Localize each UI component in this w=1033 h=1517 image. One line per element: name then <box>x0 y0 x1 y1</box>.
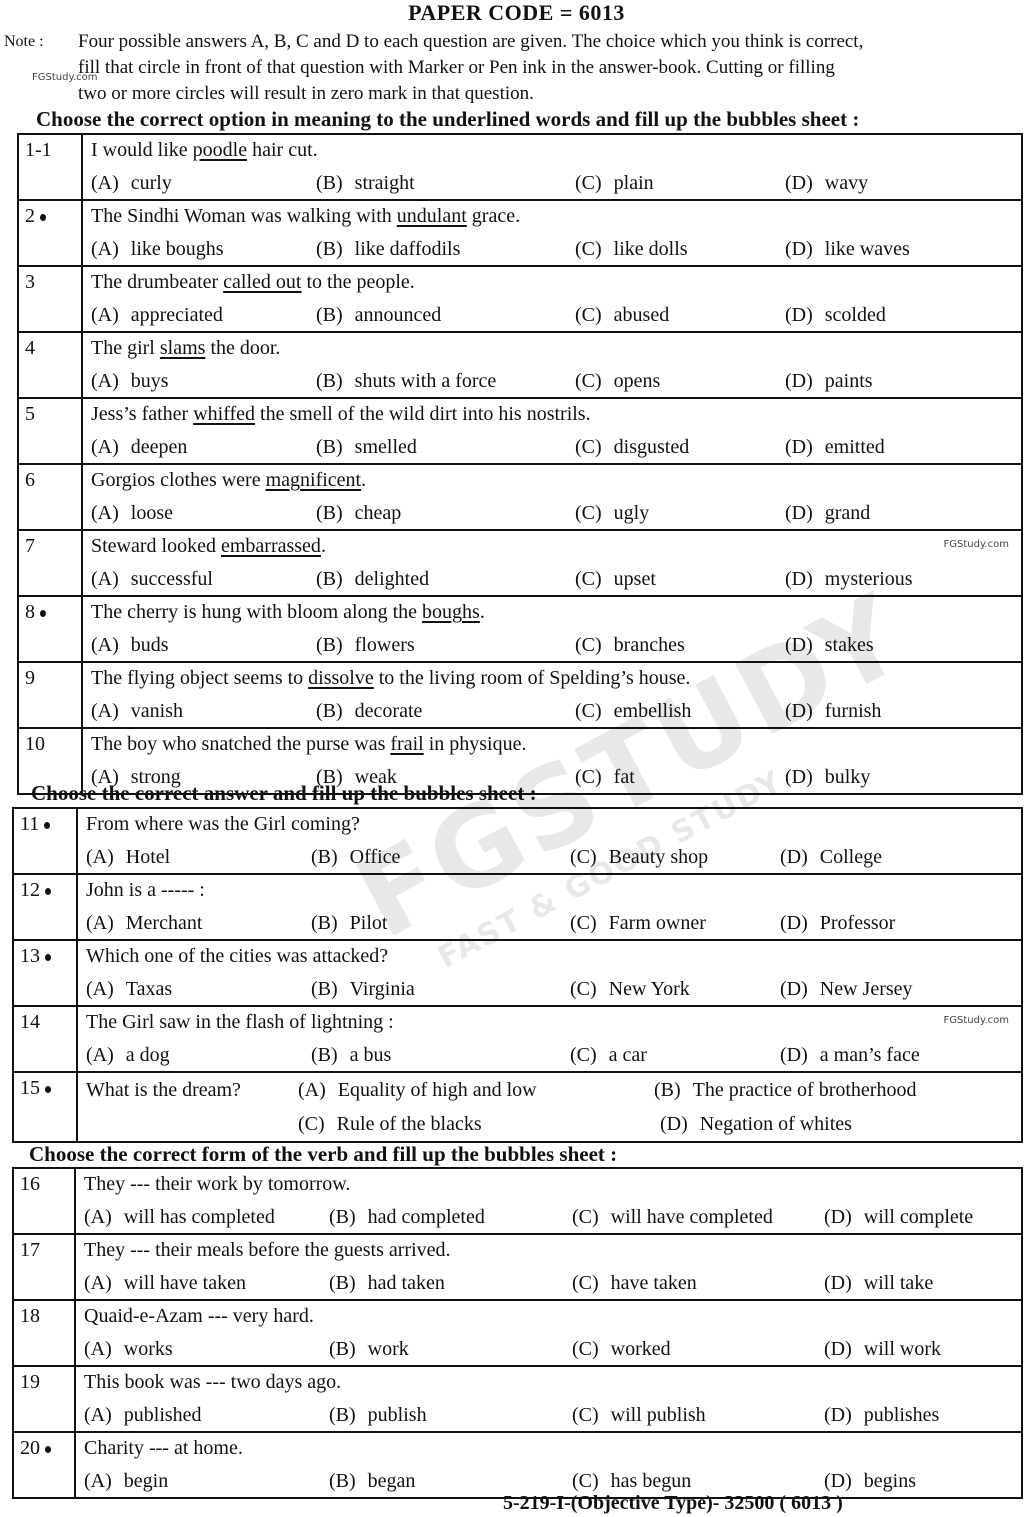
option-letter: (B) <box>329 1404 356 1426</box>
underlined-word: whiffed <box>193 403 255 425</box>
question-number-text: 1-1 <box>25 139 52 161</box>
option-text: Office <box>350 846 401 868</box>
option-text: Pilot <box>350 912 388 934</box>
option-b: (B)had taken <box>329 1267 445 1299</box>
option-text: publish <box>368 1404 427 1426</box>
question-row: 18Quaid-e-Azam --- very hard.(A)works(B)… <box>13 1300 1022 1366</box>
bullet-mark-icon <box>44 822 50 829</box>
option-b: (B)announced <box>316 299 441 331</box>
note-line-1: Four possible answers A, B, C and D to e… <box>78 29 1029 55</box>
question-number-text: 19 <box>20 1371 40 1393</box>
option-text: upset <box>614 568 656 590</box>
option-text: buds <box>131 634 169 656</box>
underlined-word: slams <box>160 337 206 359</box>
option-letter: (A) <box>298 1079 326 1101</box>
question-stem: Jess’s father whiffed the smell of the w… <box>91 399 1013 431</box>
option-letter: (D) <box>785 238 813 260</box>
option-letter: (C) <box>575 436 602 458</box>
stem-text: to the people. <box>301 271 414 293</box>
option-text: scolded <box>825 304 886 326</box>
option-letter: (D) <box>780 1044 808 1066</box>
options-row: (A)published(B)publish(C)will publish(D)… <box>84 1399 1013 1431</box>
question-content: Quaid-e-Azam --- very hard.(A)works(B)wo… <box>75 1300 1022 1366</box>
question-number: 2 <box>18 200 82 266</box>
note-line-3: two or more circles will result in zero … <box>78 81 1029 107</box>
option-letter: (D) <box>785 766 813 788</box>
option-d: (D)College <box>780 841 882 873</box>
option-a: (A)successful <box>91 563 213 595</box>
question-content: I would like poodle hair cut.(A)curly(B)… <box>82 134 1022 200</box>
option-text: work <box>368 1338 409 1360</box>
stem-text: Charity --- at home. <box>84 1437 243 1459</box>
question-number: 1-1 <box>18 134 82 200</box>
option-c: (C)ugly <box>575 497 649 529</box>
option-letter: (A) <box>84 1470 112 1492</box>
option-b: (B)work <box>329 1333 409 1365</box>
option-b: (B)a bus <box>311 1039 391 1071</box>
option-text: Negation of whites <box>700 1113 852 1135</box>
option-text: Professor <box>820 912 896 934</box>
option-text: embellish <box>614 700 692 722</box>
option-c: (C)Farm owner <box>570 907 706 939</box>
option-text: Equality of high and low <box>338 1079 537 1101</box>
question-row: 13Which one of the cities was attacked?(… <box>13 940 1022 1006</box>
option-text: a car <box>609 1044 647 1066</box>
option-text: began <box>368 1470 416 1492</box>
options-row: (A)Hotel(B)Office(C)Beauty shop(D)Colleg… <box>86 841 1013 873</box>
underlined-word: called out <box>223 271 301 293</box>
option-a: (A)curly <box>91 167 172 199</box>
option-a: (A)begin <box>84 1465 168 1497</box>
question-content: Charity --- at home.(A)begin(B)began(C)h… <box>75 1432 1022 1498</box>
option-c: (C)disgusted <box>575 431 689 463</box>
option-text: announced <box>355 304 442 326</box>
option-d: (D)wavy <box>785 167 868 199</box>
option-a: (A)like boughs <box>91 233 224 265</box>
option-letter: (B) <box>311 978 338 1000</box>
option-letter: (C) <box>570 978 597 1000</box>
option-letter: (B) <box>311 912 338 934</box>
option-text: plain <box>614 172 654 194</box>
option-d: (D)emitted <box>785 431 885 463</box>
option-text: ugly <box>614 502 650 524</box>
stem-text: Steward looked <box>91 535 221 557</box>
option-letter: (C) <box>572 1206 599 1228</box>
option-text: worked <box>611 1338 671 1360</box>
option-letter: (B) <box>329 1272 356 1294</box>
site-watermark: FGStudy.com <box>944 539 1009 550</box>
option-letter: (C) <box>575 568 602 590</box>
question-stem: Steward looked embarrassed. <box>91 531 1013 563</box>
option-d: (D)New Jersey <box>780 973 913 1005</box>
option-letter: (B) <box>316 634 343 656</box>
question-number-text: 17 <box>20 1239 40 1261</box>
option-letter: (B) <box>311 846 338 868</box>
question-content: The girl slams the door.(A)buys(B)shuts … <box>82 332 1022 398</box>
stem-text: This book was --- two days ago. <box>84 1371 341 1393</box>
option-letter: (C) <box>572 1272 599 1294</box>
question-row: 1-1I would like poodle hair cut.(A)curly… <box>18 134 1022 200</box>
question-row: 16They --- their work by tomorrow.(A)wil… <box>13 1168 1022 1234</box>
question-number: 7 <box>18 530 82 596</box>
option-d: (D)furnish <box>785 695 881 727</box>
option-text: branches <box>614 634 685 656</box>
option-b: (B)delighted <box>316 563 429 595</box>
option-text: successful <box>131 568 213 590</box>
option-letter: (B) <box>329 1206 356 1228</box>
option-letter: (B) <box>316 370 343 392</box>
option-text: Farm owner <box>609 912 706 934</box>
stem-text: They --- their work by tomorrow. <box>84 1173 350 1195</box>
question-number: 12 <box>13 874 77 940</box>
question-number-text: 3 <box>25 271 35 293</box>
option-text: New Jersey <box>820 978 913 1000</box>
option-text: The practice of brotherhood <box>693 1079 917 1101</box>
option-text: stakes <box>825 634 874 656</box>
question-content: What is the dream?(A)Equality of high an… <box>77 1072 1022 1142</box>
option-text: begins <box>864 1470 916 1492</box>
question-row: 6Gorgios clothes were magnificent.(A)loo… <box>18 464 1022 530</box>
question-row: 15What is the dream?(A)Equality of high … <box>13 1072 1022 1142</box>
question-content: Jess’s father whiffed the smell of the w… <box>82 398 1022 464</box>
option-letter: (A) <box>86 1044 114 1066</box>
question-stem: John is a ----- : <box>86 875 1013 907</box>
option-letter: (D) <box>785 172 813 194</box>
stem-text: . <box>480 601 485 623</box>
underlined-word: frail <box>390 733 423 755</box>
option-d: (D)mysterious <box>785 563 913 595</box>
option-text: vanish <box>131 700 183 722</box>
option-letter: (C) <box>572 1404 599 1426</box>
option-letter: (A) <box>91 370 119 392</box>
options-row: (A)appreciated(B)announced(C)abused(D)sc… <box>91 299 1013 331</box>
option-text: emitted <box>825 436 885 458</box>
option-text: has begun <box>611 1470 692 1492</box>
question-number: 5 <box>18 398 82 464</box>
question-content: The drumbeater called out to the people.… <box>82 266 1022 332</box>
option-c: (C)plain <box>575 167 654 199</box>
option-letter: (B) <box>316 304 343 326</box>
underlined-word: dissolve <box>308 667 374 689</box>
stem-text: . <box>321 535 326 557</box>
question-row: 19This book was --- two days ago.(A)publ… <box>13 1366 1022 1432</box>
bullet-mark-icon <box>45 1446 51 1453</box>
option-text: curly <box>131 172 172 194</box>
question-number-text: 7 <box>25 535 35 557</box>
option-text: will have completed <box>611 1206 773 1228</box>
question-number: 9 <box>18 662 82 728</box>
stem-text: the door. <box>205 337 280 359</box>
option-d: (D)scolded <box>785 299 886 331</box>
option-a: (A)Taxas <box>86 973 172 1005</box>
option-b: (B)The practice of brotherhood <box>654 1073 916 1107</box>
option-text: buys <box>131 370 169 392</box>
option-letter: (C) <box>575 502 602 524</box>
option-d: (D)will complete <box>824 1201 973 1233</box>
question-row: 17They --- their meals before the guests… <box>13 1234 1022 1300</box>
stem-text: John is a ----- : <box>86 879 205 901</box>
option-text: wavy <box>825 172 868 194</box>
bullet-mark-icon <box>40 214 46 221</box>
question-row: 14FGStudy.comThe Girl saw in the flash o… <box>13 1006 1022 1072</box>
option-a: (A)Hotel <box>86 841 170 873</box>
stem-text: The boy who snatched the purse was <box>91 733 390 755</box>
option-letter: (C) <box>298 1113 325 1135</box>
question-content: John is a ----- :(A)Merchant(B)Pilot(C)F… <box>77 874 1022 940</box>
question-content: The cherry is hung with bloom along the … <box>82 596 1022 662</box>
question-number: 19 <box>13 1366 75 1432</box>
option-a: (A)works <box>84 1333 173 1365</box>
option-letter: (D) <box>785 370 813 392</box>
option-text: like daffodils <box>355 238 461 260</box>
bullet-mark-icon <box>40 610 46 617</box>
stem-text: The flying object seems to <box>91 667 308 689</box>
paper-code-title: PAPER CODE = 6013 <box>0 0 1033 26</box>
option-d: (D)a man’s face <box>780 1039 920 1071</box>
option-letter: (D) <box>780 912 808 934</box>
option-text: a dog <box>126 1044 170 1066</box>
question-number: 18 <box>13 1300 75 1366</box>
options-row: (A)buys(B)shuts with a force(C)opens(D)p… <box>91 365 1013 397</box>
option-d: (D)Professor <box>780 907 895 939</box>
question-number-text: 4 <box>25 337 35 359</box>
question-content: The flying object seems to dissolve to t… <box>82 662 1022 728</box>
question-number: 17 <box>13 1234 75 1300</box>
option-a: (A)buys <box>91 365 169 397</box>
option-c: (C)have taken <box>572 1267 697 1299</box>
option-text: cheap <box>355 502 402 524</box>
site-watermark: FGStudy.com <box>32 72 97 83</box>
option-text: Taxas <box>126 978 172 1000</box>
option-c: (C)branches <box>575 629 685 661</box>
question-content: This book was --- two days ago.(A)publis… <box>75 1366 1022 1432</box>
question-number-text: 20 <box>20 1437 40 1459</box>
option-text: a man’s face <box>820 1044 920 1066</box>
option-c: (C)Rule of the blacks <box>298 1107 482 1141</box>
option-d: (D)like waves <box>785 233 910 265</box>
option-text: deepen <box>131 436 188 458</box>
option-text: bulky <box>825 766 871 788</box>
option-text: delighted <box>355 568 429 590</box>
option-letter: (B) <box>316 568 343 590</box>
option-a: (A)loose <box>91 497 173 529</box>
question-number-text: 16 <box>20 1173 40 1195</box>
option-letter: (D) <box>824 1470 852 1492</box>
option-letter: (D) <box>785 634 813 656</box>
section-title-1: Choose the correct option in meaning to … <box>36 107 859 132</box>
option-letter: (A) <box>91 436 119 458</box>
question-number: 4 <box>18 332 82 398</box>
question-stem: From where was the Girl coming? <box>86 809 1013 841</box>
bullet-mark-icon <box>45 1086 51 1093</box>
option-text: paints <box>825 370 873 392</box>
option-letter: (D) <box>785 568 813 590</box>
option-c: (C)like dolls <box>575 233 688 265</box>
question-stem: The drumbeater called out to the people. <box>91 267 1013 299</box>
option-text: opens <box>614 370 661 392</box>
option-a: (A)Merchant <box>86 907 202 939</box>
option-d: (D)will work <box>824 1333 941 1365</box>
option-letter: (D) <box>824 1404 852 1426</box>
question-content: They --- their meals before the guests a… <box>75 1234 1022 1300</box>
question-content: FGStudy.comSteward looked embarrassed.(A… <box>82 530 1022 596</box>
option-letter: (A) <box>91 502 119 524</box>
option-text: grand <box>825 502 871 524</box>
option-letter: (A) <box>91 304 119 326</box>
question-number: 16 <box>13 1168 75 1234</box>
bullet-mark-icon <box>45 888 51 895</box>
option-d: (D)will take <box>824 1267 933 1299</box>
options-row: (A)works(B)work(C)worked(D)will work <box>84 1333 1013 1365</box>
option-text: will complete <box>864 1206 973 1228</box>
option-text: flowers <box>355 634 415 656</box>
option-d: (D)bulky <box>785 761 870 793</box>
option-letter: (C) <box>575 700 602 722</box>
question-number-text: 2 <box>25 205 35 227</box>
question-row: 11From where was the Girl coming?(A)Hote… <box>13 808 1022 874</box>
option-a: (A)published <box>84 1399 202 1431</box>
option-b: (B)publish <box>329 1399 427 1431</box>
question-stem: The girl slams the door. <box>91 333 1013 365</box>
instructions-note: Note : Four possible answers A, B, C and… <box>4 29 1029 107</box>
option-b: (B)shuts with a force <box>316 365 496 397</box>
stem-text: The drumbeater <box>91 271 223 293</box>
option-letter: (B) <box>654 1079 681 1101</box>
option-letter: (A) <box>91 172 119 194</box>
stem-text: The girl <box>91 337 160 359</box>
option-letter: (C) <box>572 1470 599 1492</box>
stem-text: hair cut. <box>247 139 318 161</box>
option-letter: (C) <box>570 1044 597 1066</box>
question-stem: They --- their work by tomorrow. <box>84 1169 1013 1201</box>
option-c: (C)fat <box>575 761 635 793</box>
option-letter: (D) <box>780 846 808 868</box>
option-letter: (C) <box>572 1338 599 1360</box>
option-b: (B)Pilot <box>311 907 387 939</box>
option-letter: (A) <box>91 634 119 656</box>
option-text: will publish <box>611 1404 706 1426</box>
option-letter: (A) <box>84 1404 112 1426</box>
question-row: 7FGStudy.comSteward looked embarrassed.(… <box>18 530 1022 596</box>
option-c: (C)opens <box>575 365 660 397</box>
option-text: abused <box>614 304 670 326</box>
stem-text: The Sindhi Woman was walking with <box>91 205 397 227</box>
question-table-1: 1-1I would like poodle hair cut.(A)curly… <box>17 133 1023 795</box>
option-text: publishes <box>864 1404 940 1426</box>
option-text: had completed <box>368 1206 485 1228</box>
options-row: (A)vanish(B)decorate(C)embellish(D)furni… <box>91 695 1013 727</box>
question-number: 14 <box>13 1006 77 1072</box>
stem-text: Gorgios clothes were <box>91 469 266 491</box>
option-letter: (C) <box>570 846 597 868</box>
question-number-text: 9 <box>25 667 35 689</box>
option-c: (C)embellish <box>575 695 691 727</box>
question-stem: I would like poodle hair cut. <box>91 135 1013 167</box>
question-row: 20Charity --- at home.(A)begin(B)began(C… <box>13 1432 1022 1498</box>
options-row: (A)like boughs(B)like daffodils(C)like d… <box>91 233 1013 265</box>
option-b: (B)cheap <box>316 497 401 529</box>
option-letter: (B) <box>316 172 343 194</box>
question-row: 2The Sindhi Woman was walking with undul… <box>18 200 1022 266</box>
option-text: straight <box>355 172 415 194</box>
option-text: Virginia <box>350 978 415 1000</box>
option-text: New York <box>609 978 690 1000</box>
option-letter: (C) <box>575 634 602 656</box>
note-line-2: fill that circle in front of that questi… <box>78 55 1029 81</box>
option-text: had taken <box>368 1272 445 1294</box>
underlined-word: poodle <box>193 139 247 161</box>
question-content: FGStudy.comThe Girl saw in the flash of … <box>77 1006 1022 1072</box>
option-a: (A)Equality of high and low <box>298 1073 537 1107</box>
options-row: (A)deepen(B)smelled(C)disgusted(D)emitte… <box>91 431 1013 463</box>
option-text: like dolls <box>614 238 688 260</box>
section-title-2: Choose the correct answer and fill up th… <box>31 781 537 806</box>
option-text: will have taken <box>124 1272 246 1294</box>
option-a: (A)vanish <box>91 695 183 727</box>
option-text: Rule of the blacks <box>337 1113 482 1135</box>
question-number: 20 <box>13 1432 75 1498</box>
option-letter: (D) <box>785 436 813 458</box>
stem-text: . <box>361 469 366 491</box>
option-a: (A)deepen <box>91 431 187 463</box>
question-content: From where was the Girl coming?(A)Hotel(… <box>77 808 1022 874</box>
option-text: furnish <box>825 700 882 722</box>
option-text: loose <box>131 502 173 524</box>
option-text: begin <box>124 1470 168 1492</box>
option-d: (D)Negation of whites <box>660 1107 852 1141</box>
option-b: (B)Office <box>311 841 400 873</box>
option-letter: (A) <box>84 1206 112 1228</box>
option-c: (C)abused <box>575 299 669 331</box>
option-letter: (A) <box>91 700 119 722</box>
question-stem: The Sindhi Woman was walking with undula… <box>91 201 1013 233</box>
underlined-word: boughs <box>422 601 480 623</box>
option-letter: (D) <box>785 304 813 326</box>
options-row: (A)curly(B)straight(C)plain(D)wavy <box>91 167 1013 199</box>
option-b: (B)smelled <box>316 431 417 463</box>
stem-text: the smell of the wild dirt into his nost… <box>255 403 591 425</box>
option-text: Beauty shop <box>609 846 708 868</box>
option-b: (B)began <box>329 1465 415 1497</box>
option-letter: (C) <box>570 912 597 934</box>
option-c: (C)Beauty shop <box>570 841 708 873</box>
option-letter: (A) <box>86 912 114 934</box>
option-text: will has completed <box>124 1206 275 1228</box>
question-number-text: 18 <box>20 1305 40 1327</box>
question-content: Gorgios clothes were magnificent.(A)loos… <box>82 464 1022 530</box>
option-letter: (C) <box>575 766 602 788</box>
option-text: fat <box>614 766 635 788</box>
question-number: 6 <box>18 464 82 530</box>
option-letter: (D) <box>824 1206 852 1228</box>
question-number-text: 6 <box>25 469 35 491</box>
option-letter: (D) <box>785 502 813 524</box>
option-a: (A)a dog <box>86 1039 170 1071</box>
option-letter: (A) <box>84 1338 112 1360</box>
stem-text: to the living room of Spelding’s house. <box>374 667 691 689</box>
option-letter: (A) <box>86 846 114 868</box>
question-stem: Quaid-e-Azam --- very hard. <box>84 1301 1013 1333</box>
option-text: College <box>820 846 882 868</box>
stem-text: They --- their meals before the guests a… <box>84 1239 451 1261</box>
question-row: 4The girl slams the door.(A)buys(B)shuts… <box>18 332 1022 398</box>
option-text: a bus <box>350 1044 392 1066</box>
option-c: (C)will have completed <box>572 1201 773 1233</box>
option-letter: (C) <box>575 238 602 260</box>
stem-text: From where was the Girl coming? <box>86 813 360 835</box>
option-text: Merchant <box>126 912 203 934</box>
option-letter: (B) <box>316 700 343 722</box>
